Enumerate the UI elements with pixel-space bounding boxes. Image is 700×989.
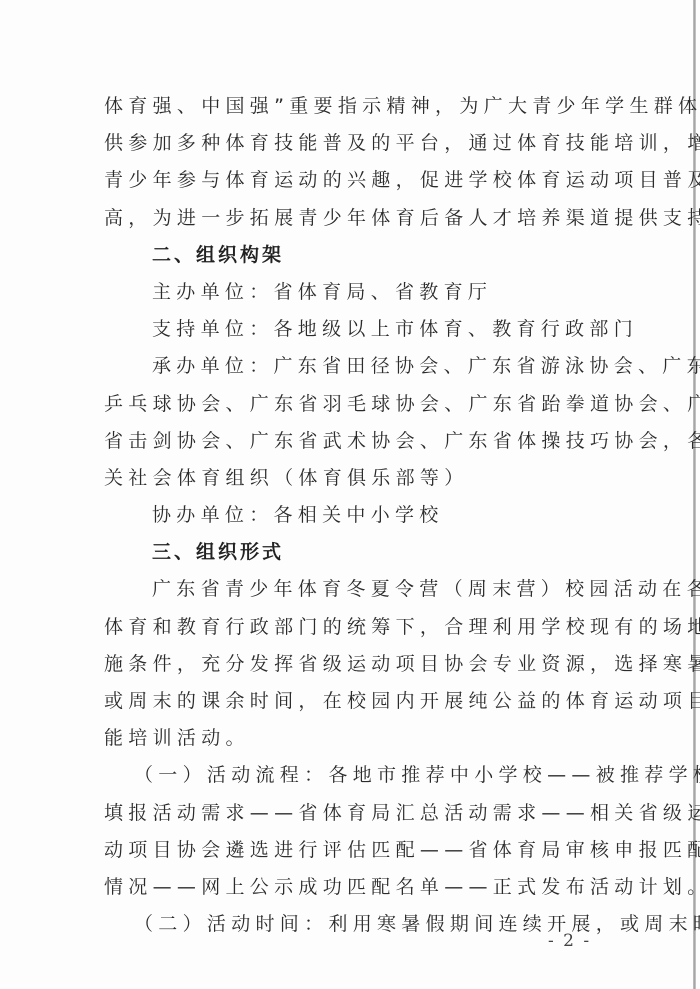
text-line: 高，为进一步拓展青少年体育后备人才培养渠道提供支持。 (104, 200, 594, 237)
text-line: 施条件，充分发挥省级运动项目协会专业资源，选择寒暑假 (104, 646, 594, 683)
text-line: 青少年参与体育运动的兴趣，促进学校体育运动项目普及提 (104, 162, 594, 199)
time-item: （二）活动时间：利用寒暑假期间连续开展，或周末时 (104, 906, 594, 943)
organizer-unit: 承办单位：广东省田径协会、广东省游泳协会、广东省 (104, 348, 594, 385)
document-body: 体育强、中国强”重要指示精神，为广大青少年学生群体提 供参加多种体育技能普及的平… (104, 88, 594, 943)
text-line: 体育强、中国强”重要指示精神，为广大青少年学生群体提 (104, 88, 594, 125)
text-line: 能培训活动。 (104, 720, 594, 757)
section-heading-organization: 二、组织构架 (104, 237, 594, 274)
document-page: 体育强、中国强”重要指示精神，为广大青少年学生群体提 供参加多种体育技能普及的平… (0, 0, 700, 989)
host-unit: 主办单位：省体育局、省教育厅 (104, 274, 594, 311)
page-number: - 2 - (548, 931, 591, 951)
text-line: 广东省青少年体育冬夏令营（周末营）校园活动在各级 (104, 571, 594, 608)
section-heading-format: 三、组织形式 (104, 534, 594, 571)
text-line: 体育和教育行政部门的统筹下，合理利用学校现有的场地设 (104, 609, 594, 646)
co-organizer-unit: 协办单位：各相关中小学校 (104, 497, 594, 534)
text-line: 情况——网上公示成功匹配名单——正式发布活动计划。 (104, 869, 594, 906)
text-line: 或周末的课余时间，在校园内开展纯公益的体育运动项目技 (104, 683, 594, 720)
text-line: 填报活动需求——省体育局汇总活动需求——相关省级运 (104, 795, 594, 832)
support-unit: 支持单位：各地级以上市体育、教育行政部门 (104, 311, 594, 348)
text-line: 省击剑协会、广东省武术协会、广东省体操技巧协会，各相 (104, 423, 594, 460)
text-line: 供参加多种体育技能普及的平台，通过体育技能培训，增强 (104, 125, 594, 162)
text-line: 动项目协会遴选进行评估匹配——省体育局审核申报匹配 (104, 832, 594, 869)
text-line: 乒乓球协会、广东省羽毛球协会、广东省跆拳道协会、广东 (104, 386, 594, 423)
text-line: 关社会体育组织（体育俱乐部等） (104, 460, 594, 497)
process-item: （一）活动流程：各地市推荐中小学校——被推荐学校 (104, 757, 594, 794)
